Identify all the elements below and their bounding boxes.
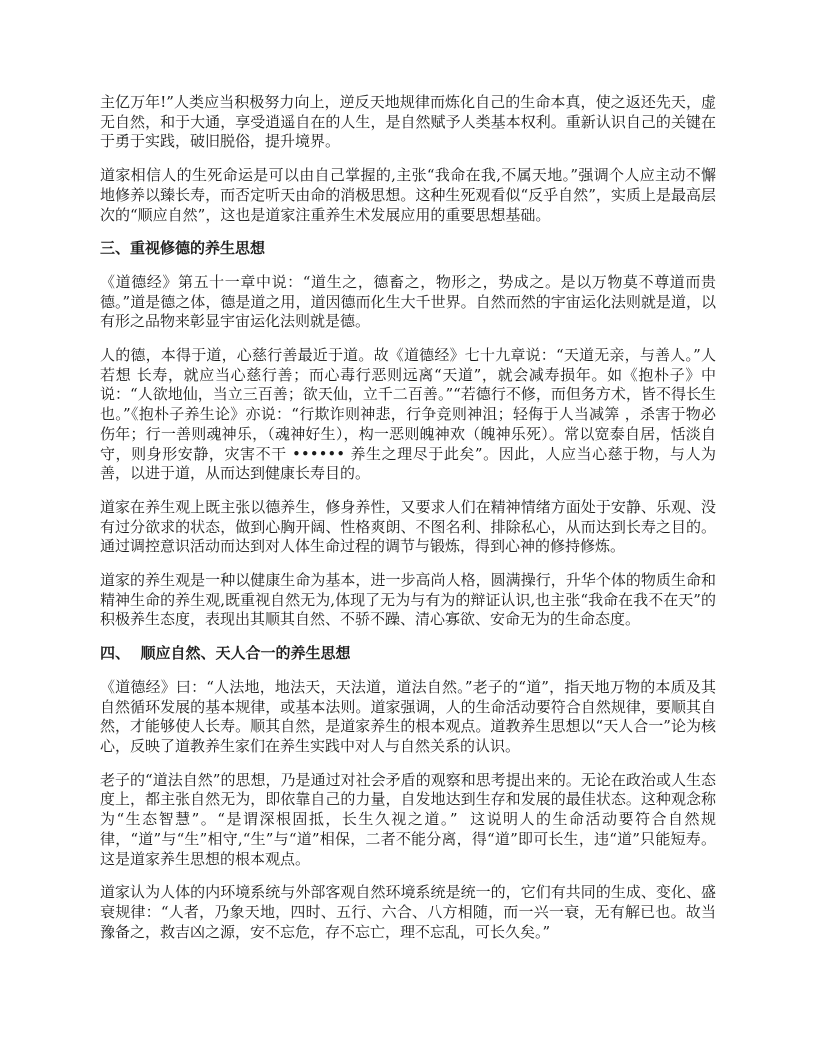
- paragraph: 老子的“道法自然”的思想，乃是通过对社会矛盾的观察和思考提出来的。无论在政治或人…: [100, 771, 716, 870]
- paragraph: 道家相信人的生死命运是可以由自己掌握的,主张“我命在我,不属天地。”强调个人应主…: [100, 166, 716, 225]
- paragraph: 道家的养生观是一种以健康生命为基本，进一步高尚人格，圆满操行，升华个体的物质生命…: [100, 571, 716, 630]
- paragraph: 人的德，本得于道，心慈行善最近于道。故《道德经》七十九章说：“天道无亲，与善人。…: [100, 346, 716, 484]
- section-heading: 四、 顺应自然、天人合一的养生思想: [100, 644, 716, 664]
- paragraph: 《道德经》曰：“人法地，地法天，天法道，道法自然。”老子的“道”，指天地万物的本…: [100, 678, 716, 757]
- document-page: 主亿万年!”人类应当积极努力向上，逆反天地规律而炼化自己的生命本真，使之返还先天…: [0, 0, 816, 1056]
- section-heading: 三、重视修德的养生思想: [100, 239, 716, 259]
- paragraph: 道家认为人体的内环境系统与外部客观自然环境系统是统一的，它们有共同的生成、变化、…: [100, 883, 716, 942]
- paragraph: 主亿万年!”人类应当积极努力向上，逆反天地规律而炼化自己的生命本真，使之返还先天…: [100, 93, 716, 152]
- paragraph: 道家在养生观上既主张以德养生，修身养性，又要求人们在精神情绪方面处于安静、乐观、…: [100, 498, 716, 557]
- paragraph: 《道德经》第五十一章中说：“道生之，德畜之，物形之，势成之。是以万物莫不尊道而贵…: [100, 273, 716, 332]
